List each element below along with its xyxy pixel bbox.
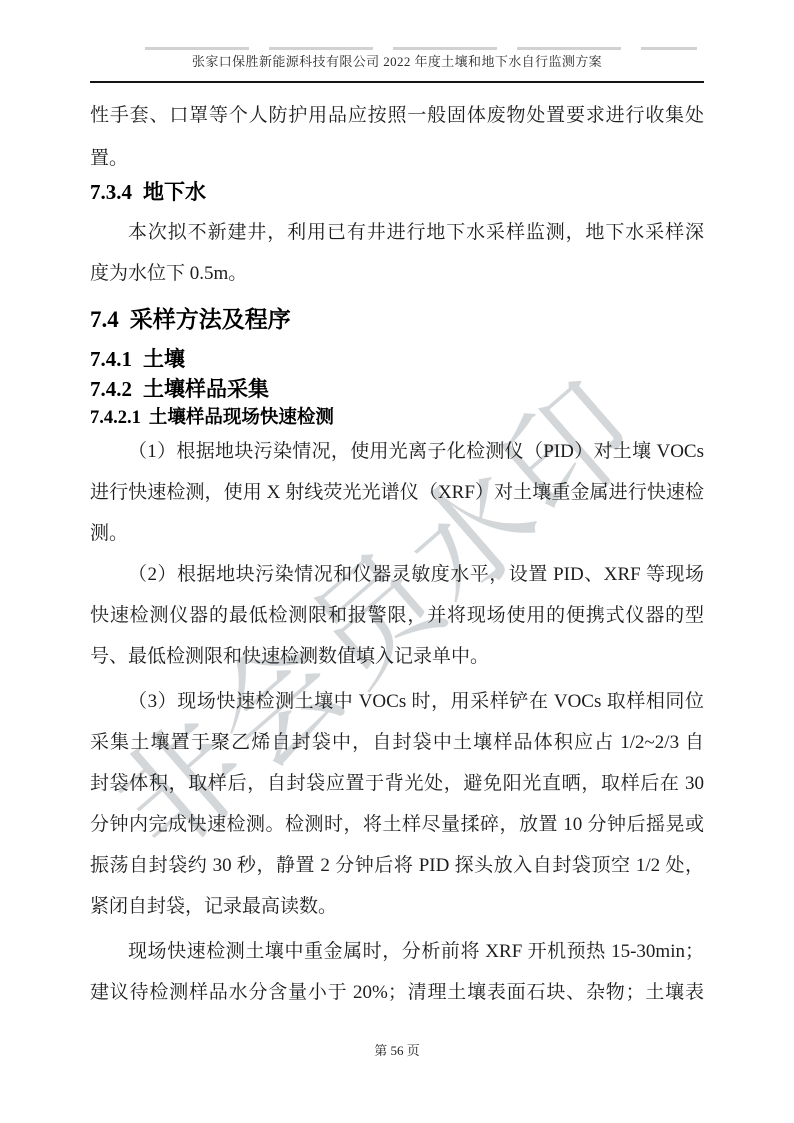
section-heading-7-3-4: 7.3.4地下水 [90, 176, 704, 206]
section-heading-7-4-1: 7.4.1土壤 [90, 343, 704, 373]
body-line: 进行快速检测，使用 X 射线荧光光谱仪（XRF）对土壤重金属进行快速检 [90, 472, 704, 513]
body-line: 置。 [90, 137, 704, 180]
heading-label: 地下水 [143, 181, 206, 204]
heading-label: 土壤 [143, 348, 185, 371]
body-line: 分钟内完成快速检测。检测时，将土样尽量揉碎，放置 10 分钟后摇晃或 [90, 804, 704, 845]
body-line: （1）根据地块污染情况，使用光离子化检测仪（PID）对土壤 VOCs [90, 431, 704, 472]
heading-label: 土壤样品现场快速检测 [149, 406, 334, 427]
page-number: 第 56 页 [90, 1040, 704, 1059]
paragraph-heavy-metal: 现场快速检测土壤中重金属时，分析前将 XRF 开机预热 15-30min； 建议… [90, 931, 704, 1013]
heading-label: 土壤样品采集 [143, 378, 269, 401]
header-rule [90, 81, 704, 83]
body-line: （3）现场快速检测土壤中 VOCs 时，用采样铲在 VOCs 取样相同位置 [90, 681, 704, 722]
paragraph-item-1: （1）根据地块污染情况，使用光离子化检测仪（PID）对土壤 VOCs 进行快速检… [90, 431, 704, 554]
paragraph-item-2: （2）根据地块污染情况和仪器灵敏度水平，设置 PID、XRF 等现场 快速检测仪… [90, 554, 704, 677]
heading-number: 7.4.1 [90, 347, 132, 371]
body-line: 采集土壤置于聚乙烯自封袋中，自封袋中土壤样品体积应占 1/2~2/3 自 [90, 722, 704, 763]
body-line: 建议待检测样品水分含量小于 20%；清理土壤表面石块、杂物；土壤表 [90, 972, 704, 1013]
body-line: 性手套、口罩等个人防护用品应按照一般固体废物处置要求进行收集处 [90, 94, 704, 137]
body-line: 现场快速检测土壤中重金属时，分析前将 XRF 开机预热 15-30min； [90, 931, 704, 972]
body-line: 紧闭自封袋，记录最高读数。 [90, 886, 704, 927]
body-line: （2）根据地块污染情况和仪器灵敏度水平，设置 PID、XRF 等现场 [90, 554, 704, 595]
body-line: 封袋体积，取样后，自封袋应置于背光处，避免阳光直晒，取样后在 30 [90, 763, 704, 804]
body-line: 号、最低检测限和快速检测数值填入记录单中。 [90, 636, 704, 677]
scan-artifact-line [145, 47, 697, 50]
section-heading-7-4-2: 7.4.2土壤样品采集 [90, 373, 704, 403]
section-heading-7-4: 7.4采样方法及程序 [90, 301, 704, 334]
body-line: 振荡自封袋约 30 秒，静置 2 分钟后将 PID 探头放入自封袋顶空 1/2 … [90, 845, 704, 886]
document-page: 非会员水印 张家口保胜新能源科技有限公司 2022 年度土壤和地下水自行监测方案… [0, 0, 794, 1123]
body-line: 度为水位下 0.5m。 [90, 253, 704, 294]
heading-number: 7.4.2.1 [90, 408, 141, 428]
body-line: 本次拟不新建井，利用已有井进行地下水采样监测，地下水采样深 [90, 212, 704, 253]
body-line: 测。 [90, 513, 704, 554]
paragraph-groundwater: 本次拟不新建井，利用已有井进行地下水采样监测，地下水采样深 度为水位下 0.5m… [90, 212, 704, 294]
section-heading-7-4-2-1: 7.4.2.1土壤样品现场快速检测 [90, 403, 704, 429]
heading-number: 7.4.2 [90, 377, 132, 401]
page-header-title: 张家口保胜新能源科技有限公司 2022 年度土壤和地下水自行监测方案 [90, 52, 704, 72]
body-line: 快速检测仪器的最低检测限和报警限，并将现场使用的便携式仪器的型 [90, 595, 704, 636]
heading-label: 采样方法及程序 [130, 306, 291, 332]
heading-number: 7.4 [90, 307, 119, 332]
heading-number: 7.3.4 [90, 180, 132, 204]
paragraph-item-3: （3）现场快速检测土壤中 VOCs 时，用采样铲在 VOCs 取样相同位置 采集… [90, 681, 704, 927]
paragraph-continuation: 性手套、口罩等个人防护用品应按照一般固体废物处置要求进行收集处 置。 [90, 94, 704, 180]
